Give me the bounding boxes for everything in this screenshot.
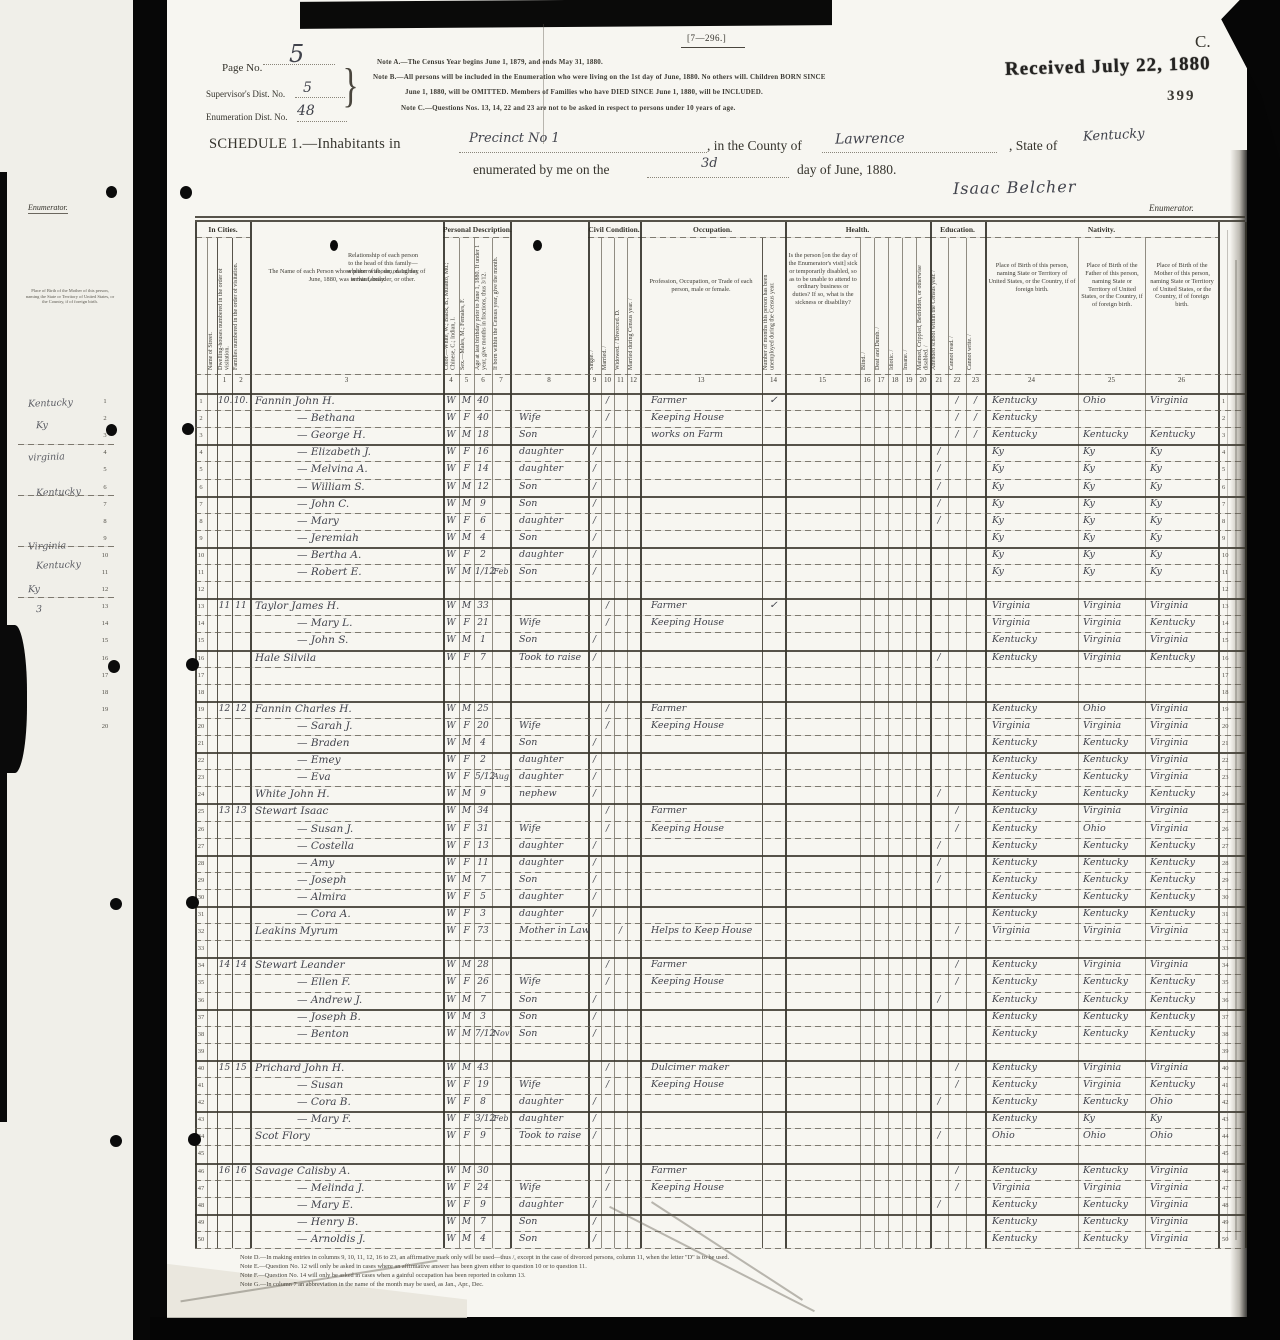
cell-un: ✓ [763, 598, 784, 615]
cell-c: W [444, 1231, 458, 1248]
cell-cw: / [967, 410, 984, 427]
cell-a: 5/12 [475, 769, 491, 786]
cell-c: W [444, 769, 458, 786]
cell-sg: / [589, 786, 600, 803]
state-label: , State of [1009, 138, 1057, 154]
column-number-fam: 2 [232, 376, 250, 384]
cell-a: 7/12 [475, 1026, 491, 1043]
cell-p2: Ky [1079, 496, 1148, 513]
punch-hole [182, 423, 194, 435]
row-number-left: 29 [195, 872, 207, 889]
cell-s: F [460, 906, 473, 923]
cell-sg: / [589, 872, 600, 889]
cell-p3: Kentucky [1146, 974, 1221, 991]
cell-a: 1/12 [475, 564, 491, 581]
cell-rel: Son [511, 1231, 595, 1248]
cell-a: 18 [475, 427, 491, 444]
cell-p1: Kentucky [986, 889, 1083, 906]
cell-p3: Virginia [1146, 769, 1221, 786]
cell-c: W [444, 1094, 458, 1111]
cell-rel: daughter [511, 513, 595, 530]
cell-p3: Ky [1146, 444, 1221, 461]
cell-p2: Ohio [1079, 1128, 1148, 1145]
row-number-left: 7 [195, 496, 207, 513]
row-number-left: 45 [195, 1145, 207, 1162]
cell-p3: Virginia [1146, 735, 1221, 752]
cell-mr: / [602, 974, 613, 991]
cell-p3: Kentucky [1146, 838, 1221, 855]
column-number-a: 6 [474, 376, 492, 384]
page-no-label: Page No. [222, 62, 262, 74]
cell-rel: daughter [511, 889, 595, 906]
cell-sg: / [589, 496, 600, 513]
cell-c: W [444, 1077, 458, 1094]
section-title-civil: Civil Condition. [588, 225, 640, 234]
cell-cr: / [949, 803, 965, 820]
cell-p3: Kentucky [1146, 650, 1221, 667]
cell-p1: Kentucky [986, 1163, 1083, 1180]
cell-sg: / [589, 513, 600, 530]
cell-a: 3 [475, 906, 491, 923]
section-underline-health [785, 237, 930, 238]
strip-row-number: 14 [99, 615, 111, 632]
row-number-left: 5 [195, 461, 207, 478]
cell-occ: Farmer [641, 598, 771, 615]
strip-row-number: 12 [99, 581, 111, 598]
cell-a: 73 [475, 923, 491, 940]
cell-sch: / [931, 855, 947, 872]
cell-p2: Kentucky [1079, 974, 1148, 991]
cell-p2: Ohio [1079, 393, 1148, 410]
cell-fam: 12 [233, 701, 249, 718]
cell-rel: Wife [511, 821, 595, 838]
row-number-left: 27 [195, 838, 207, 855]
cell-rel: daughter [511, 906, 595, 923]
column-header-bl-label: Blind. / [861, 244, 873, 370]
cell-p3: Virginia [1146, 393, 1221, 410]
cell-sg: / [589, 632, 600, 649]
cell-s: M [460, 872, 473, 889]
cell-sg: / [589, 1128, 600, 1145]
cell-p2: Kentucky [1079, 906, 1148, 923]
cell-p2: Kentucky [1079, 992, 1148, 1009]
cell-p1: Kentucky [986, 752, 1083, 769]
page-no-line [263, 64, 335, 65]
col-rule-minor [614, 238, 615, 1248]
cell-sch: / [931, 479, 947, 496]
cell-p3: Virginia [1146, 1163, 1221, 1180]
strip-row-number: 6 [99, 479, 111, 496]
cell-mr: / [602, 701, 613, 718]
cell-cr: / [949, 1163, 965, 1180]
cell-p2: Ky [1079, 461, 1148, 478]
note-a: Note A.—The Census Year begins June 1, 1… [377, 58, 603, 66]
cell-p2: Kentucky [1079, 786, 1148, 803]
district-brace: } [342, 58, 358, 113]
cell-s: F [460, 769, 473, 786]
row-number-left: 1 [195, 393, 207, 410]
cell-c: W [444, 530, 458, 547]
row-number-left: 41 [195, 1077, 207, 1094]
strip-handwriting-fragment: virginia [28, 451, 65, 463]
column-header-df-label: Deaf and Dumb. / [875, 244, 887, 370]
right-torn-edge [1247, 0, 1280, 1340]
cell-rel: Son [511, 632, 595, 649]
cell-name: Fannin Charles H. [251, 701, 446, 718]
punch-hole [330, 240, 338, 251]
cell-p3: Ky [1146, 479, 1221, 496]
cell-p2: Virginia [1079, 598, 1148, 615]
row-number-left: 13 [195, 598, 207, 615]
cell-mr: / [602, 1077, 613, 1094]
cell-s: M [460, 1026, 473, 1043]
cell-sg: / [589, 564, 600, 581]
schedule-title: SCHEDULE 1.—Inhabitants in [209, 136, 401, 153]
cell-p2: Ky [1079, 1111, 1148, 1128]
cell-sch: / [931, 496, 947, 513]
punch-hole [533, 240, 542, 251]
cell-occ: Keeping House [641, 974, 771, 991]
cell-p3: Ohio [1146, 1128, 1221, 1145]
cell-sg: / [589, 992, 600, 1009]
cell-a: 31 [475, 821, 491, 838]
cell-s: F [460, 1128, 473, 1145]
section-title-education: Education. [930, 225, 985, 234]
column-number-id: 18 [888, 376, 902, 384]
col-rule-minor [874, 238, 875, 1248]
cell-c: W [444, 855, 458, 872]
state-value: Kentucky [1083, 126, 1145, 144]
cell-sch: / [931, 513, 947, 530]
cell-a: 30 [475, 1163, 491, 1180]
cell-a: 26 [475, 974, 491, 991]
county-value: Lawrence [835, 130, 905, 147]
cell-c: W [444, 1163, 458, 1180]
place-line [459, 152, 707, 153]
punch-hole [108, 660, 120, 673]
cell-c: W [444, 632, 458, 649]
row-number-left: 49 [195, 1214, 207, 1231]
enumeration-label: Enumeration Dist. No. [206, 112, 288, 122]
cell-c: W [444, 1060, 458, 1077]
cell-sch: / [931, 461, 947, 478]
header-fold-line [543, 24, 544, 144]
cell-c: W [444, 615, 458, 632]
cell-s: M [460, 530, 473, 547]
cell-s: M [460, 701, 473, 718]
cell-a: 13 [475, 838, 491, 855]
column-number-occ: 13 [640, 376, 762, 384]
strip-row-rule [18, 444, 114, 445]
strip-row-number: 10 [99, 547, 111, 564]
column-header-p2: Place of Birth of the Father of this per… [1081, 262, 1143, 346]
cell-mo: Feb [493, 1111, 509, 1128]
cell-c: W [444, 496, 458, 513]
cell-rel: Son [511, 564, 595, 581]
cell-s: F [460, 410, 473, 427]
cell-a: 2 [475, 752, 491, 769]
cell-p3: Virginia [1146, 957, 1221, 974]
cell-c: W [444, 461, 458, 478]
cell-c: W [444, 1197, 458, 1214]
cell-p2: Kentucky [1079, 1009, 1148, 1026]
column-header-dw-label: Dwelling-houses numbered in the order of… [218, 244, 231, 370]
cell-un: ✓ [763, 393, 784, 410]
row-rule [195, 684, 1245, 685]
strip-row-number: 5 [99, 461, 111, 478]
cell-p1: Ky [986, 479, 1083, 496]
cell-s: M [460, 393, 473, 410]
cell-p3: Kentucky [1146, 992, 1221, 1009]
cell-p3: Ky [1146, 1111, 1221, 1128]
punch-hole [106, 186, 117, 198]
column-header-in-label: Insane. / [903, 244, 915, 370]
cell-cr: / [949, 974, 965, 991]
strip-handwriting-fragment: Kentucky [28, 397, 73, 410]
cell-p3: Virginia [1146, 1231, 1221, 1248]
cell-p1: Kentucky [986, 872, 1083, 889]
cell-p1: Kentucky [986, 957, 1083, 974]
cell-s: F [460, 615, 473, 632]
punch-hole [110, 1135, 122, 1147]
cell-name: Prichard John H. [251, 1060, 446, 1077]
cell-c: W [444, 718, 458, 735]
cell-p3: Kentucky [1146, 1009, 1221, 1026]
cell-sg: / [589, 735, 600, 752]
supervisor-line [295, 97, 345, 98]
footer-note-1: Note D.—In making entries in columns 9, … [240, 1253, 729, 1262]
cell-a: 12 [475, 479, 491, 496]
row-number-left: 34 [195, 957, 207, 974]
strip-header-fragment: Place of Birth of the Mother of this per… [24, 288, 116, 305]
row-number-left: 50 [195, 1231, 207, 1248]
cell-rel: daughter [511, 855, 595, 872]
cell-rel: Son [511, 1009, 595, 1026]
cell-rel: nephew [511, 786, 595, 803]
cell-p3: Ky [1146, 547, 1221, 564]
cell-rel: Mother in Law [511, 923, 595, 940]
cell-c: W [444, 786, 458, 803]
cell-rel: daughter [511, 1094, 595, 1111]
cell-p3: Virginia [1146, 1060, 1221, 1077]
cell-cr: / [949, 427, 965, 444]
col-rule-minor [948, 238, 949, 1248]
cell-p3: Kentucky [1146, 889, 1221, 906]
cell-p2: Virginia [1079, 1180, 1148, 1197]
column-header-id-label: Idiotic. / [889, 244, 901, 370]
punch-hole [188, 1133, 201, 1146]
cell-p3: Virginia [1146, 701, 1221, 718]
cell-p2: Ky [1079, 530, 1148, 547]
cell-sg: / [589, 1026, 600, 1043]
cell-a: 1 [475, 632, 491, 649]
cell-dw: 10. [218, 393, 231, 410]
cell-a: 5 [475, 889, 491, 906]
section-underline-nativity [985, 237, 1218, 238]
cell-p1: Virginia [986, 1180, 1083, 1197]
column-header-street-label: Name of Street. [208, 244, 216, 370]
cell-p1: Ky [986, 461, 1083, 478]
cell-p1: Kentucky [986, 735, 1083, 752]
cell-a: 3 [475, 1009, 491, 1026]
cell-dw: 12 [218, 701, 231, 718]
cell-p2: Kentucky [1079, 1094, 1148, 1111]
cell-occ: Keeping House [641, 615, 771, 632]
strip-row-number: 15 [99, 632, 111, 649]
row-number-left: 36 [195, 992, 207, 1009]
table-top-rule-1 [195, 216, 1245, 218]
cell-a: 43 [475, 1060, 491, 1077]
cell-p1: Ky [986, 513, 1083, 530]
cell-p2: Kentucky [1079, 1197, 1148, 1214]
row-rule [195, 581, 1245, 582]
cell-s: M [460, 427, 473, 444]
strip-row-number: 4 [99, 444, 111, 461]
cell-name: Fannin John H. [251, 393, 446, 410]
cell-p2: Kentucky [1079, 1214, 1148, 1231]
cell-c: W [444, 821, 458, 838]
cell-cr: / [949, 1060, 965, 1077]
cell-p2: Ohio [1079, 701, 1148, 718]
cell-wd: / [615, 923, 626, 940]
column-header-rel: Relationship of each person to the head … [346, 252, 420, 348]
cell-p3: Kentucky [1146, 1077, 1221, 1094]
cell-a: 9 [475, 1197, 491, 1214]
cell-p2: Kentucky [1079, 1163, 1148, 1180]
cell-a: 7 [475, 650, 491, 667]
row-number-left: 33 [195, 940, 207, 957]
cell-occ: Farmer [641, 701, 771, 718]
column-header-wd-label: Widowed. / Divorced. D. [615, 244, 626, 370]
cell-c: W [444, 974, 458, 991]
cell-p2: Kentucky [1079, 427, 1148, 444]
cell-sg: / [589, 427, 600, 444]
col-rule-major [1245, 222, 1247, 1248]
column-header-cr-label: Cannot read. / [949, 244, 965, 370]
cell-p2: Virginia [1079, 1077, 1148, 1094]
cell-p1: Kentucky [986, 855, 1083, 872]
cell-c: W [444, 752, 458, 769]
column-number-p2: 25 [1078, 376, 1145, 384]
cell-a: 21 [475, 615, 491, 632]
cell-p1: Ky [986, 564, 1083, 581]
row-number-left: 2 [195, 410, 207, 427]
cell-a: 9 [475, 496, 491, 513]
column-header-cw-label: Cannot write. / [967, 244, 984, 370]
column-number-mo: 7 [492, 376, 510, 384]
row-rule [195, 1043, 1245, 1044]
column-header-p1: Place of Birth of this person, naming St… [988, 262, 1076, 342]
row-number-left: 42 [195, 1094, 207, 1111]
enumerator-label: Enumerator. [1149, 203, 1194, 213]
cell-occ: Keeping House [641, 718, 771, 735]
cell-c: W [444, 701, 458, 718]
column-number-name: 3 [250, 376, 443, 384]
cell-p1: Ohio [986, 1128, 1083, 1145]
cell-p1: Kentucky [986, 769, 1083, 786]
table-top-rule-2 [195, 220, 1245, 222]
punch-hole [106, 424, 117, 436]
cell-name: Savage Calisby A. [251, 1163, 446, 1180]
cell-s: F [460, 974, 473, 991]
cell-sg: / [589, 1214, 600, 1231]
cell-p1: Kentucky [986, 393, 1083, 410]
cell-sg: / [589, 530, 600, 547]
cell-rel: Son [511, 735, 595, 752]
column-number-mr: 10 [601, 376, 614, 384]
left-edge-blob [0, 625, 27, 773]
col-rule-minor [888, 238, 889, 1248]
cell-p3: Virginia [1146, 752, 1221, 769]
cell-p2: Kentucky [1079, 889, 1148, 906]
cell-c: W [444, 650, 458, 667]
cell-s: M [460, 992, 473, 1009]
cell-p3: Virginia [1146, 803, 1221, 820]
punch-hole [110, 898, 122, 910]
row-number-left: 46 [195, 1163, 207, 1180]
row-number-left: 32 [195, 923, 207, 940]
cell-sg: / [589, 461, 600, 478]
row-number-left: 6 [195, 479, 207, 496]
cell-p2: Kentucky [1079, 872, 1148, 889]
cell-p1: Kentucky [986, 786, 1083, 803]
cell-mo: Aug [493, 769, 509, 786]
cell-a: 7 [475, 1214, 491, 1231]
cell-p2: Virginia [1079, 803, 1148, 820]
cell-cr: / [949, 1077, 965, 1094]
cell-cr: / [949, 410, 965, 427]
cell-sch: / [931, 1094, 947, 1111]
cell-c: W [444, 1009, 458, 1026]
cell-p1: Ky [986, 530, 1083, 547]
column-header-a-label: Age at last birthday prior to June 1, 18… [475, 244, 491, 370]
cell-a: 11 [475, 855, 491, 872]
cell-p2: Virginia [1079, 923, 1148, 940]
cell-p3: Virginia [1146, 632, 1221, 649]
cell-p1: Kentucky [986, 1111, 1083, 1128]
cell-p1: Virginia [986, 923, 1083, 940]
cell-sch: / [931, 444, 947, 461]
row-number-left: 18 [195, 684, 207, 701]
cell-cr: / [949, 923, 965, 940]
cell-mr: / [602, 615, 613, 632]
column-number-bl: 16 [860, 376, 874, 384]
cell-c: W [444, 803, 458, 820]
cell-s: M [460, 957, 473, 974]
cell-p1: Kentucky [986, 1077, 1083, 1094]
cell-s: F [460, 838, 473, 855]
col-rule-minor [966, 238, 967, 1248]
section-underline-education [930, 237, 985, 238]
column-number-mm: 20 [916, 376, 930, 384]
strip-handwriting-fragment: 3 [36, 604, 42, 615]
cell-p2: Virginia [1079, 615, 1148, 632]
strip-handwriting-fragment: Kentucky [36, 486, 81, 499]
cell-name: Taylor James H. [251, 598, 446, 615]
cell-p3: Ky [1146, 461, 1221, 478]
cell-a: 4 [475, 530, 491, 547]
row-number-left: 31 [195, 906, 207, 923]
census-scan-canvas: { "form": { "code": "[7—296.]", "corner_… [0, 0, 1280, 1340]
strip-enumerator-label: Enumerator. [28, 203, 68, 214]
row-number-left: 22 [195, 752, 207, 769]
column-header-sick: Is the person [on the day of the Enumera… [788, 252, 858, 352]
cell-s: F [460, 855, 473, 872]
column-header-un-label: Number of months this person has been un… [763, 244, 784, 370]
cell-rel: Son [511, 479, 595, 496]
cell-p2: Virginia [1079, 1060, 1148, 1077]
cell-occ: Farmer [641, 803, 771, 820]
